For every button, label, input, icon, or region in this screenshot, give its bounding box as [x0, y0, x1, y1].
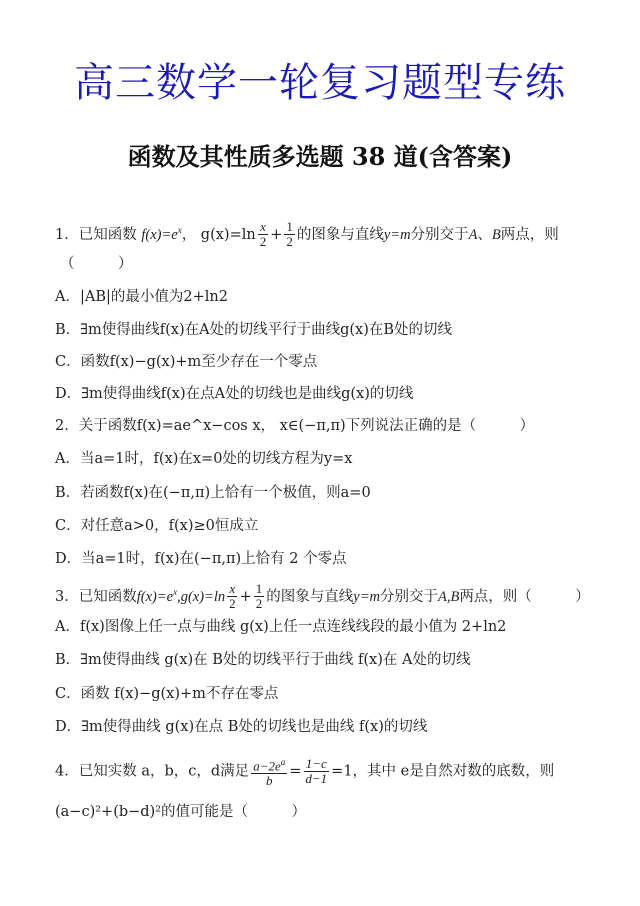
- question-3-option-b: B．∃m使得曲线 g(x)在 B处的切线平行于曲线 f(x)在 A处的切线: [55, 648, 470, 672]
- page-subtitle: 函数及其性质多选题 38 道(含答案): [0, 140, 640, 174]
- question-1-stem: 1．已知函数 f(x)=ex， g(x)=lnx2+12的图象与直线y=m分别交…: [55, 218, 559, 249]
- question-2-option-d: D．当a=1时，f(x)在(−π,π)上恰有 2 个零点: [55, 547, 347, 571]
- question-3-option-a: A．f(x)图像上任一点与曲线 g(x)上任一点连线线段的最小值为 2+ln2: [55, 615, 506, 639]
- page-title: 高三数学一轮复习题型专练: [0, 58, 640, 108]
- fraction: x2: [258, 220, 269, 249]
- question-4-stem-line2: (a−c)²+(b−d)²的值可能是（ ）: [55, 800, 306, 824]
- question-3-option-d: D．∃m使得曲线 g(x)在点 B处的切线也是曲线 f(x)的切线: [55, 715, 427, 739]
- question-3-option-c: C．函数 f(x)−g(x)+m不存在零点: [55, 682, 278, 706]
- question-1-option-a: A．|AB|的最小值为2+ln2: [55, 285, 228, 309]
- fraction: 12: [254, 582, 265, 611]
- fraction: 1−cd−1: [303, 757, 329, 786]
- fraction: a−2eab: [251, 755, 287, 788]
- question-2-option-b: B．若函数f(x)在(−π,π)上恰有一个极值，则a=0: [55, 481, 371, 505]
- question-3-stem: 3．已知函数f(x)=ex,g(x)=lnx2+12的图象与直线y=m分别交于A…: [55, 580, 590, 611]
- question-2-option-a: A．当a=1时，f(x)在x=0处的切线方程为y=x: [55, 447, 352, 471]
- question-2-option-c: C．对任意a>0，f(x)≥0恒成立: [55, 514, 258, 538]
- question-1-blank: （ ）: [60, 252, 133, 276]
- question-1-option-b: B．∃m使得曲线f(x)在A处的切线平行于曲线g(x)在B处的切线: [55, 318, 452, 342]
- fraction: x2: [227, 582, 238, 611]
- question-1-option-c: C．函数f(x)−g(x)+m至少存在一个零点: [55, 350, 317, 374]
- question-1-option-d: D．∃m使得曲线f(x)在点A处的切线也是曲线g(x)的切线: [55, 382, 413, 406]
- fraction: 12: [284, 220, 295, 249]
- question-2-stem: 2．关于函数f(x)=ae^x−cos x， x∈(−π,π)下列说法正确的是（…: [55, 414, 534, 438]
- question-4-stem: 4．已知实数 a，b，c，d满足a−2eab=1−cd−1=1，其中 e是自然对…: [55, 755, 554, 788]
